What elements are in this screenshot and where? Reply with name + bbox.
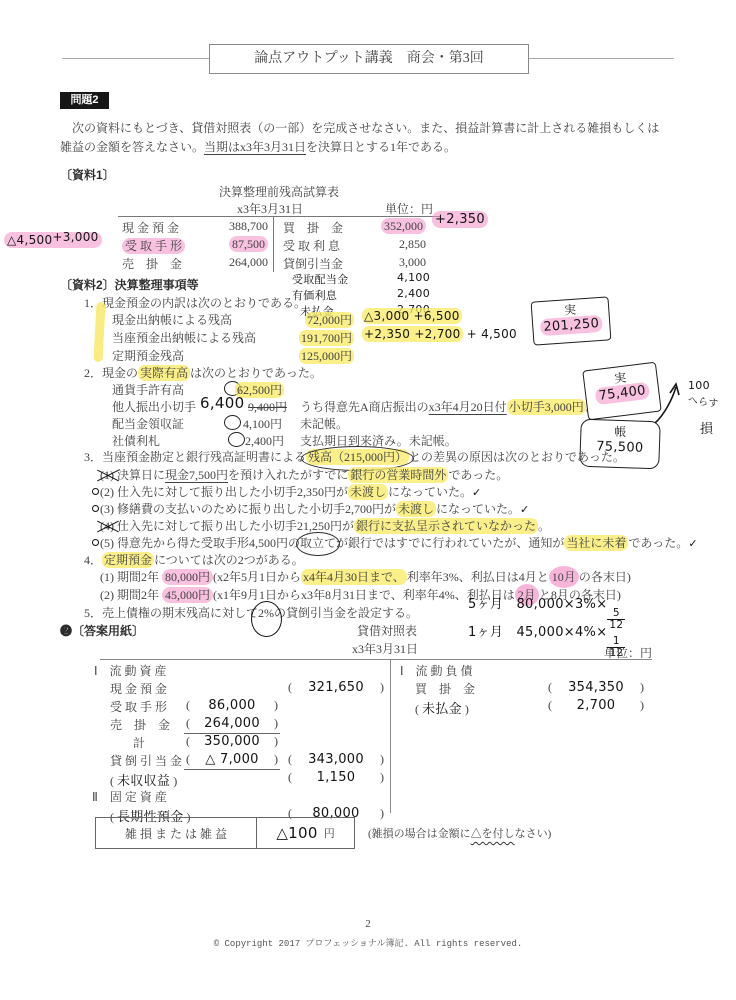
sub4-pre: 仕入先に対して振り出した小切手21,250円が: [117, 519, 354, 533]
hand-circle-mark: [228, 432, 245, 447]
deposit2-pre: 期間2年: [117, 588, 162, 602]
tb-credit-value: 2,850: [352, 237, 426, 252]
paren-right: ): [274, 734, 278, 749]
paren-left: (: [186, 734, 190, 749]
bs-allowance-amount: (△ 7,000): [186, 752, 278, 767]
note-loss: 損: [700, 422, 713, 437]
handwritten-adjustment: +2,350: [432, 212, 488, 227]
item3-heading: 3．当座預金勘定と銀行残高証明書による残高（215,000円）との差異の原因は次…: [84, 448, 625, 465]
deposit1-pre: 期間2年: [117, 570, 162, 584]
checkmark: ✓: [472, 486, 481, 499]
item4-heading-post: については次の2つがある。: [154, 553, 304, 567]
paren-left: (: [288, 752, 292, 767]
hand-bullet: [92, 505, 99, 512]
handwritten-accrued-payable-label: 未払金: [422, 702, 462, 717]
item2-heading-highlight: 実際有高: [138, 365, 190, 381]
item3-sub4: (4) 仕入先に対して振り出した小切手21,250円が銀行に支払呈示されていなか…: [100, 517, 550, 534]
bs-row-notes: 受 取 手 形: [110, 698, 167, 715]
shiryo1-label: 〔資料1〕: [60, 166, 115, 183]
paren-right: ): [640, 680, 644, 695]
sub4-post: 。: [538, 519, 550, 533]
accounts-receivable-label: 売 掛 金: [110, 718, 170, 732]
intro-line-2: 雑益の金額を答えなさい。当期はx3年3月31日を決算日とする1年である。: [60, 138, 456, 155]
handwritten-plus-4500: + 4,500: [467, 327, 517, 341]
copyright: © Copyright 2017 プロフェッショナル簿記. All rights…: [0, 936, 736, 949]
yen-unit: 円: [324, 825, 335, 841]
hand-bullet: [92, 488, 99, 495]
cash-book-balance-amount: 72,000円: [305, 312, 354, 328]
intro-line-1: 次の資料にもとづき、貸借対照表（の一部）を完成させなさい。また、損益計算書に計上…: [60, 119, 659, 136]
misc-loss-note: (雑損の場合は金額に△を付しなさい): [368, 825, 551, 841]
item4-heading-highlight: 定期預金: [102, 552, 154, 568]
fixed-assets-heading: Ⅱ 固 定 資 産: [92, 790, 167, 804]
problem-badge: 問題2: [60, 92, 109, 109]
paren-left: (: [415, 702, 419, 716]
note-post: なさい): [515, 828, 552, 840]
tb-row: 売 掛 金: [122, 255, 182, 272]
bs-cash-amount: (321,650): [288, 680, 384, 695]
handwritten-misc-loss-amount: △100: [276, 824, 317, 842]
problem-badge-text: 問題2: [70, 94, 98, 106]
item4-heading-pre: 4．: [84, 553, 102, 567]
item3-heading-post: との差異の原因は次のとおりであった。: [409, 450, 625, 464]
misc-loss-box: 雑 損 ま た は 雑 益 △100円: [95, 817, 355, 849]
trial-balance-unit-text: 単位：円: [385, 202, 433, 216]
tb-debit-value: 388,700: [196, 219, 268, 234]
sub5-highlight: 当社に未着: [564, 535, 628, 551]
misc-loss-label: 雑 損 ま た は 雑 益: [125, 825, 227, 842]
intro-text-1: 次の資料にもとづき、貸借対照表（の一部）を完成させなさい。また、損益計算書に計上…: [60, 121, 659, 135]
item4-sub1: (1) 期間2年 80,000円(x2年5月1日からx4年4月30日まで、利率年…: [100, 568, 631, 585]
paren-left: (: [288, 770, 292, 785]
trial-balance-date: x3年3月31日: [237, 200, 303, 217]
balance-sheet-date-text: x3年3月31日: [352, 642, 418, 656]
answer-sheet-label-text: ❷〔答案用紙〕: [60, 624, 144, 638]
check-note: うち得意先A商店振出のx3年4月20日付小切手3,000円。: [300, 398, 598, 415]
allowance-rule: [184, 769, 280, 770]
allowance-label: 貸 倒 引 当 金: [110, 754, 182, 768]
check-date-underlined: x3年4月20日付: [429, 400, 507, 414]
worksheet-page: 論点アウトプット講義 商会・第3回 問題2 次の資料にもとづき、貸借対照表（の一…: [0, 0, 736, 1000]
tb-debit-label: 現 金 預 金: [122, 221, 179, 235]
accounts-payable-label: 買 掛 金: [415, 682, 475, 696]
bs-row-allowance: 貸 倒 引 当 金: [110, 752, 182, 769]
bs-row-cash: 現 金 預 金: [110, 680, 167, 697]
handwritten-plus-3000: +3,000: [52, 230, 98, 244]
cash-count-value: 2,400円: [228, 432, 284, 449]
book-kanji: 帳: [614, 425, 627, 439]
paren-left: (: [186, 752, 190, 767]
paren-left: (: [548, 680, 552, 695]
handwritten-allowance-amount: △ 7,000: [205, 752, 258, 767]
cash-detail-line: 当座預金出納帳による残高: [112, 329, 256, 346]
actual-box-value: 201,250: [533, 315, 610, 335]
cash-detail-line: 現金出納帳による残高: [112, 311, 232, 328]
number-5: (5): [100, 536, 114, 550]
bs-allowance-net: (343,000): [288, 752, 384, 767]
tb-credit-label-text: 受 取 利 息: [283, 239, 340, 253]
handwritten-plus-2350: +2,350: [432, 211, 488, 228]
note-100: 100: [688, 379, 710, 392]
deposit1-p1: (x2年5月1日から: [213, 570, 301, 584]
cash-detail-line: 定期預金残高: [112, 347, 184, 364]
intro-text-2c: を決算日とする1年である。: [306, 140, 456, 154]
tb-debit-label-text: 売 掛 金: [122, 257, 182, 271]
struck-amount: 9,400円: [248, 398, 287, 415]
trial-balance-header-rule: [118, 216, 440, 217]
arrow-note-100: 100: [688, 379, 710, 392]
calc2-expression: 45,000×4%×: [516, 625, 607, 640]
sub3-post: になっていた。: [436, 502, 520, 516]
crossed-number-4: (4): [100, 519, 114, 534]
tb-credit-amount: 2,850: [399, 237, 426, 251]
cash-detail-value: 191,700円: [282, 329, 354, 346]
copyright-text: © Copyright 2017 プロフェッショナル簿記. All rights…: [214, 939, 523, 949]
item4-heading: 4．定期預金については次の2つがある。: [84, 551, 304, 568]
handwritten-account-row: 受取配当金: [292, 271, 349, 287]
number-2: (2): [100, 485, 114, 499]
cash-count-value: 4,100円: [224, 415, 282, 432]
tb-credit-value: 3,000: [352, 255, 426, 270]
sub5-pre: 得意先から得た受取手形4,500円の: [117, 536, 300, 550]
notes-receivable-label: 受 取 手 形: [110, 700, 167, 714]
handwritten-6400: 6,400: [200, 394, 244, 412]
handwritten-actual-box: 実 201,250: [531, 296, 612, 345]
trial-balance-date-text: x3年3月31日: [237, 202, 303, 216]
sub1-mid: を預け入れたがすでに: [228, 468, 348, 482]
deposit1-p2: 利率年3%、利払日は4月と: [407, 570, 549, 584]
item3-sub5: (5) 得意先から得た受取手形4,500円の取立てが銀行ではすでに行われていたが…: [100, 534, 698, 551]
handwritten-account-amount: 2,400: [397, 287, 430, 300]
tb-debit-amount-highlighted: 87,500: [229, 236, 268, 252]
intro-text-2a: 雑益の金額を答えなさい。: [60, 140, 204, 154]
arrow-note-herasu: へらす: [687, 391, 720, 410]
misc-loss-value-cell: △100円: [257, 818, 354, 848]
item1-heading: 1．現金預金の内訳は次のとおりである。: [84, 294, 306, 311]
misc-loss-label-cell: 雑 損 ま た は 雑 益: [96, 818, 257, 848]
subtotal-label: 計: [133, 736, 145, 750]
checkmark: ✓: [688, 537, 697, 550]
bs-ar-amount: (264,000): [186, 716, 278, 731]
cash-count-line: 他人振出小切手: [112, 398, 196, 415]
cash-detail-value: 125,000円: [282, 347, 354, 364]
item3-heading-pre: 3．当座預金勘定と銀行残高証明書による: [84, 450, 306, 464]
balance-sheet-divider: [390, 659, 391, 813]
deposit1-amount-highlighted: 80,000円: [162, 569, 213, 585]
tb-row: 現 金 預 金: [122, 219, 179, 236]
circled-2-percent: 2%: [258, 606, 274, 621]
sub1-post: であった。: [448, 468, 508, 482]
number-2: (2): [100, 588, 114, 602]
paren-right: ): [274, 752, 278, 767]
trial-balance-title-text: 決算整理前残高試算表: [219, 185, 339, 199]
number-1: (1): [100, 570, 114, 584]
item3-sub3: (3) 修繕費の支払いのために振り出した小切手2,700円が未渡しになっていた。…: [100, 500, 529, 517]
handwritten-accrued-amount: 1,150: [317, 770, 356, 785]
tb-debit-value: 264,000: [196, 255, 268, 270]
time-deposit-balance-label: 定期預金残高: [112, 349, 184, 363]
deposit1-maturity-highlighted: x4年4月30日まで、: [301, 569, 407, 585]
paren-right: ): [640, 698, 644, 713]
handwritten-adjustment: △3,000 +6,500: [362, 309, 462, 323]
bs-ap-amount: (354,350): [548, 680, 644, 695]
item5-line: 5．売上債権の期末残高に対して2%の貸倒引当金を設定する。: [84, 604, 418, 621]
cash-count-line: 社債利札: [112, 432, 160, 449]
paren-left: (: [186, 698, 190, 713]
tb-debit-label-highlighted: 受 取 手 形: [122, 238, 185, 254]
deposit2-amount-highlighted: 45,000円: [162, 587, 213, 603]
trial-balance-divider: [273, 216, 274, 272]
bs-left-head2: Ⅱ 固 定 資 産: [92, 788, 167, 805]
number-3: (3): [100, 502, 114, 516]
handwritten-cash-amount: 321,650: [308, 680, 364, 695]
bond-coupon-amount: 2,400円: [245, 434, 284, 448]
paren-left: (: [186, 716, 190, 731]
shiryo2-label: 〔資料2〕決算整理事項等: [60, 276, 199, 293]
note-unrecorded: 未記帳。: [300, 415, 348, 432]
bs-row-accrued: ( 未収収益 ): [110, 770, 177, 789]
actual-kanji: 実: [564, 303, 577, 318]
sub2-pre: 仕入先に対して振り出した小切手2,350円が: [117, 485, 348, 499]
hand-bullet: [92, 539, 99, 546]
balance-sheet-title: 貸借対照表: [357, 622, 417, 639]
actual-amount: 201,250: [540, 315, 603, 336]
page-number: 2: [0, 918, 736, 930]
paren-right: ): [380, 806, 384, 821]
paren-right: ): [465, 702, 469, 716]
bs-row-unpaid: ( 未払金 ): [415, 698, 469, 717]
struck-9400: 9,400円: [248, 400, 287, 414]
balance-sheet-title-text: 貸借対照表: [357, 624, 417, 638]
bs-row-ar: 売 掛 金: [110, 716, 170, 733]
calc1-expression: 80,000×3%×: [516, 597, 607, 612]
balance-sheet-date: x3年3月31日: [352, 640, 418, 657]
bond-coupon-label: 社債利札: [112, 434, 160, 448]
bs-right-head: Ⅰ 流 動 負 債: [400, 662, 473, 679]
sub3-highlight: 未渡し: [396, 501, 436, 517]
bs-row-ap: 買 掛 金: [415, 680, 475, 697]
sub2-highlight: 未渡し: [348, 484, 388, 500]
cash-label: 現 金 預 金: [110, 682, 167, 696]
bs-accrued-amount: (1,150): [288, 770, 384, 785]
tb-debit-amount: 388,700: [229, 219, 268, 233]
page-title-text: 論点アウトプット講義 商会・第3回: [254, 51, 484, 66]
paren-right: ): [173, 774, 177, 788]
cash-book-balance-label: 現金出納帳による残高: [112, 313, 232, 327]
deposit1-p3: の各末日): [579, 570, 631, 584]
handwritten-calc-2: 1ヶ月 45,000×4%×112: [468, 621, 625, 659]
item2-heading-pre: 2．現金の: [84, 366, 138, 380]
answer-sheet-label: ❷〔答案用紙〕: [60, 622, 144, 639]
tb-credit-label: 買 掛 金: [283, 219, 343, 236]
others-check-label: 他人振出小切手: [112, 400, 196, 414]
bs-notes-amount: (86,000): [186, 698, 278, 713]
arrow-up-icon: [650, 380, 686, 426]
checking-book-balance-label: 当座預金出納帳による残高: [112, 331, 256, 345]
sub4-highlight: 銀行に支払呈示されていなかった: [354, 518, 538, 534]
item3-sub1: (1) 決算日に現金7,500円を預け入れたがすでに銀行の営業時間外であった。: [100, 466, 508, 483]
bank-balance-highlighted: 残高（215,000円）: [306, 449, 409, 465]
item3-sub2: (2) 仕入先に対して振り出した小切手2,350円が未渡しになっていた。✓: [100, 483, 481, 500]
handwritten-corrected-amount: 6,400: [200, 394, 244, 412]
intro-underlined-period: 当期はx3年3月31日: [204, 140, 306, 154]
bs-subtotal-amount: (350,000): [186, 734, 278, 749]
dividend-receipt-amount: 4,100円: [243, 417, 282, 431]
handwritten-net-amount: 343,000: [308, 752, 364, 767]
dividend-receipt-label: 配当金領収証: [112, 417, 184, 431]
sub2-post: になっていた。: [388, 485, 472, 499]
note-wavy-underlined: △を付し: [471, 828, 515, 840]
cash-count-line: 配当金領収証: [112, 415, 184, 432]
handwritten-adjustment: +2,350 +2,700 + 4,500: [362, 327, 517, 341]
hand-oval-mark: 残高（215,000円）: [306, 448, 409, 465]
unrecorded-text: 未記帳。: [300, 417, 348, 431]
tb-debit-amount: 264,000: [229, 255, 268, 269]
item5-pre: 5．売上債権の期末残高に対して: [84, 606, 258, 620]
handwritten-unpaid-amount: 2,700: [577, 698, 616, 713]
handwritten-account-value: 2,400: [362, 287, 430, 300]
handwritten-adjustment: △4,500+3,000: [4, 230, 102, 247]
tb-row: 受 取 手 形: [122, 237, 185, 254]
paren-left: (: [548, 698, 552, 713]
paren-right: ): [274, 716, 278, 731]
trial-balance-unit: 単位：円: [385, 200, 433, 217]
cash-count-line: 通貨手許有高: [112, 381, 184, 398]
item5-post: の貸倒引当金を設定する。: [274, 606, 418, 620]
calc2-months: 1ヶ月: [468, 625, 503, 640]
item2-heading-post: は次のとおりであった。: [190, 366, 322, 380]
fraction-numerator: 5: [613, 608, 620, 619]
sub5-mid: が銀行ではすでに行われていたが、通知が: [336, 536, 564, 550]
note-herasu: へらす: [687, 395, 719, 410]
currency-on-hand-label: 通貨手許有高: [112, 383, 184, 397]
handwritten-ar-amount: 264,000: [204, 716, 260, 731]
deposit1-month-highlighted: 10月: [549, 566, 579, 588]
paren-left: (: [110, 774, 114, 788]
checking-book-balance-amount: 191,700円: [299, 330, 354, 346]
sub1-highlight: 銀行の営業時間外: [348, 467, 448, 483]
handwritten-minus-4500: △4,500: [7, 233, 52, 247]
check-note-pre: うち得意先A商店振出の: [300, 400, 429, 414]
handwritten-account-value: 4,100: [362, 271, 430, 284]
page-title: 論点アウトプット講義 商会・第3回: [209, 44, 529, 74]
arrow-note-loss: 損: [700, 418, 713, 437]
handwritten-cash-adjustments: △3,000 +6,500: [362, 308, 462, 324]
checkmark: ✓: [520, 503, 529, 516]
paren-right: ): [274, 698, 278, 713]
sub1-pre: 決算日に: [117, 468, 165, 482]
handwritten-account-label: 受取配当金: [292, 273, 349, 286]
tb-credit-label-text: 貸倒引当金: [283, 257, 343, 271]
bs-row-subtotal: 計: [133, 734, 145, 751]
paren-right: ): [380, 752, 384, 767]
yellow-marker-stroke: [93, 302, 105, 362]
tb-debit-value: 87,500: [196, 237, 268, 252]
shiryo2-label-text: 〔資料2〕決算整理事項等: [60, 278, 199, 292]
page-number-text: 2: [365, 918, 371, 930]
trial-balance-title: 決算整理前残高試算表: [118, 183, 440, 200]
tb-credit-label: 受 取 利 息: [283, 237, 340, 254]
item1-heading-text: 1．現金預金の内訳は次のとおりである。: [84, 296, 306, 310]
handwritten-notes-amount: 86,000: [208, 698, 255, 713]
sub5-circled-word: 取立て: [300, 534, 336, 551]
note-pre: (雑損の場合は金額に: [368, 828, 471, 840]
balance-sheet-header-rule: [100, 659, 652, 660]
tb-credit-value: 352,000: [352, 219, 426, 234]
cash-detail-value: 72,000円: [282, 311, 354, 328]
paren-right: ): [380, 770, 384, 785]
tb-credit-amount-highlighted: 352,000: [381, 218, 426, 234]
check-amount-highlighted: 小切手3,000円: [507, 399, 586, 415]
tb-credit-amount: 3,000: [399, 255, 426, 269]
tb-credit-label: 貸倒引当金: [283, 255, 343, 272]
handwritten-ap-amount: 354,350: [568, 680, 624, 695]
bs-left-head1: Ⅰ 流 動 資 産: [94, 662, 167, 679]
calc1-months: 5ヶ月: [468, 597, 503, 612]
bs-unpaid-amount: (2,700): [548, 698, 644, 713]
tb-credit-label-text: 買 掛 金: [283, 221, 343, 235]
item2-heading: 2．現金の実際有高は次のとおりであった。: [84, 364, 322, 381]
balance-sheet-unit-text: 単位：円: [604, 646, 652, 660]
paren-left: (: [288, 680, 292, 695]
time-deposit-balance-amount: 125,000円: [299, 348, 354, 364]
shiryo1-label-text: 〔資料1〕: [60, 168, 115, 182]
paren-right: ): [380, 680, 384, 695]
sub3-pre: 修繕費の支払いのために振り出した小切手2,700円が: [117, 502, 396, 516]
handwritten-accrued-income-label: 未収収益: [117, 774, 170, 789]
handwritten-checking-adjustments: +2,350 +2,700: [362, 326, 463, 342]
sub5-post: であった。: [628, 536, 688, 550]
handwritten-subtotal-amount: 350,000: [204, 734, 260, 749]
handwritten-account-amount: 4,100: [397, 271, 430, 284]
sub1-underlined: 現金7,500円: [165, 468, 228, 482]
current-liabilities-heading: Ⅰ 流 動 負 債: [400, 664, 473, 678]
crossed-number-1: (1): [100, 468, 114, 483]
hand-circle-mark: [224, 415, 241, 430]
current-assets-heading: Ⅰ 流 動 資 産: [94, 664, 167, 678]
